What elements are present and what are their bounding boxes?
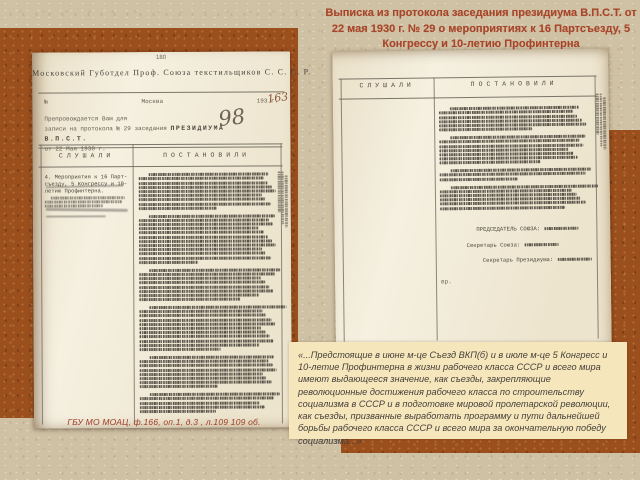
city-label: Москва bbox=[141, 98, 163, 105]
pencil-underline bbox=[46, 215, 106, 217]
signature-chairman: ПРЕДСЕДАТЕЛЬ СОЮЗА: bbox=[476, 225, 578, 233]
agenda-item-4: 4. Мероприятия к 16 Парт-съезду, 5 Конгр… bbox=[45, 174, 131, 213]
doc-left-letterhead: Московский Губотдел Проф. Союза текстиль… bbox=[32, 67, 290, 77]
column-header-listened: СЛУШАЛИ bbox=[341, 81, 434, 89]
footer-mark: вр. bbox=[441, 278, 452, 285]
handwritten-mark: 98 bbox=[217, 104, 246, 131]
signature-secretary-union: Секретарь Союза: bbox=[467, 241, 559, 249]
archive-caption: ГБУ МО МОАЦ, ф.166, оп.1, д.3 , л.109 10… bbox=[36, 417, 292, 427]
slide: Выписка из протокола заседания президиум… bbox=[0, 0, 640, 480]
signature-smudge bbox=[524, 243, 558, 246]
table-left-border bbox=[341, 79, 345, 342]
column-header-listened: СЛУШАЛИ bbox=[41, 152, 133, 159]
handwritten-folio-number: 163 bbox=[267, 90, 289, 106]
margin-annotation bbox=[273, 171, 289, 231]
preamble-line: записи на протокола № 29 заседания ПРЕЗИ… bbox=[44, 123, 244, 145]
header-bottom-rule bbox=[339, 95, 597, 99]
signature-smudge bbox=[557, 258, 591, 261]
margin-annotation bbox=[591, 93, 607, 153]
table-column-divider bbox=[434, 77, 438, 340]
agenda-note-smudge bbox=[45, 196, 131, 208]
slide-title: Выписка из протокола заседания президиум… bbox=[324, 6, 638, 53]
resolutions-typewritten-text bbox=[439, 105, 590, 215]
column-header-resolved: ПОСТАНОВИЛИ bbox=[133, 151, 281, 159]
signature-smudge bbox=[544, 227, 578, 230]
column-header-resolved: ПОСТАНОВИЛИ bbox=[434, 79, 595, 88]
resolutions-typewritten-text bbox=[139, 171, 280, 418]
table-column-divider bbox=[132, 144, 134, 424]
table-left-border bbox=[40, 145, 42, 425]
doc-left-top-mark: 180 bbox=[32, 54, 290, 61]
document-left-scan: 180 Московский Губотдел Проф. Союза текс… bbox=[32, 51, 292, 428]
number-label: № bbox=[44, 99, 48, 106]
document-right-scan: СЛУШАЛИ ПОСТАНОВИЛИ ПРЕДСЕДАТЕЛЬ СОЮЗА: … bbox=[332, 48, 612, 347]
signature-secretary-presidium: Секретарь Президиума: bbox=[483, 256, 592, 264]
letterhead-rule bbox=[38, 91, 284, 93]
header-bottom-rule bbox=[39, 165, 283, 167]
quote-box: «...Предстоящие в июне м-це Съезд ВКП(б)… bbox=[289, 342, 627, 439]
